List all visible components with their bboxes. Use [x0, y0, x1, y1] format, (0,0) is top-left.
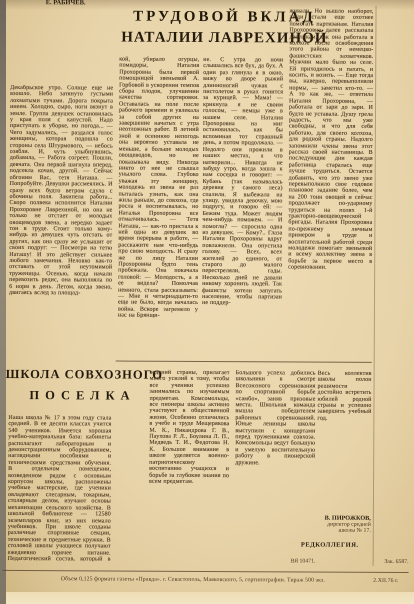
footer-rule [3, 570, 409, 573]
print-code-left: ВЯ 10471. [291, 558, 316, 564]
article2-column-1: Наша школа № 17 в этом году стала средне… [8, 415, 112, 562]
imprint-row: Объем 0,125 формата газеты «Правда». г. … [19, 576, 399, 584]
article1-column-1: Декабрьское утро. Солнце еще не взошло. … [9, 85, 113, 338]
article2-column-2: ведений страны, прилагает много усилий к… [149, 370, 230, 562]
article1-column-3: не. С утра до ночи слышались все бух, да… [202, 57, 284, 357]
article2-column-3: Большого успеха добились школьники в смо… [235, 370, 316, 562]
article1-column-4: живали. Но вышло наоборот, люди стали ещ… [288, 8, 374, 344]
editorial-board-signoff: РЕДКОЛЛЕГИЯ. [289, 541, 371, 548]
article2-headline-line2: ПОСЕЛКА [5, 385, 159, 407]
article2-signature-role: директор средней школы № 17. [313, 522, 371, 535]
article2-signature: В. ПИРОЖКОВ, директор средней школы № 17… [313, 515, 371, 535]
article2-headline: ШКОЛА СОВХОЗНОГО ПОСЕЛКА [5, 364, 159, 407]
print-code-right: Зак. 6587. [384, 559, 408, 565]
article2-column-4: Весь коллектив школы полон решимости дос… [317, 371, 372, 513]
right-column-rule [373, 6, 377, 566]
article1-signature: Е. РАБИЧЕВ. [2, 0, 86, 6]
section-divider-rule [116, 361, 372, 363]
print-codes: ВЯ 10471. Зак. 6587. [291, 558, 409, 565]
imprint-text: Объем 0,125 формата газеты «Правда». г. … [19, 576, 368, 584]
article1-column-2: кой, убирало огурцы, помидоры, Наталия П… [118, 57, 200, 357]
imprint-date: 2.XII.76 г. [373, 578, 398, 584]
newspaper-page: ТРУДОВОЙ ВКЛАД НАТАЛИИ ЛАВРЕХИНОЙ Декабр… [0, 0, 414, 604]
article2-headline-line1: ШКОЛА СОВХОЗНОГО [6, 364, 160, 386]
page-content: ТРУДОВОЙ ВКЛАД НАТАЛИИ ЛАВРЕХИНОЙ Декабр… [0, 0, 414, 604]
